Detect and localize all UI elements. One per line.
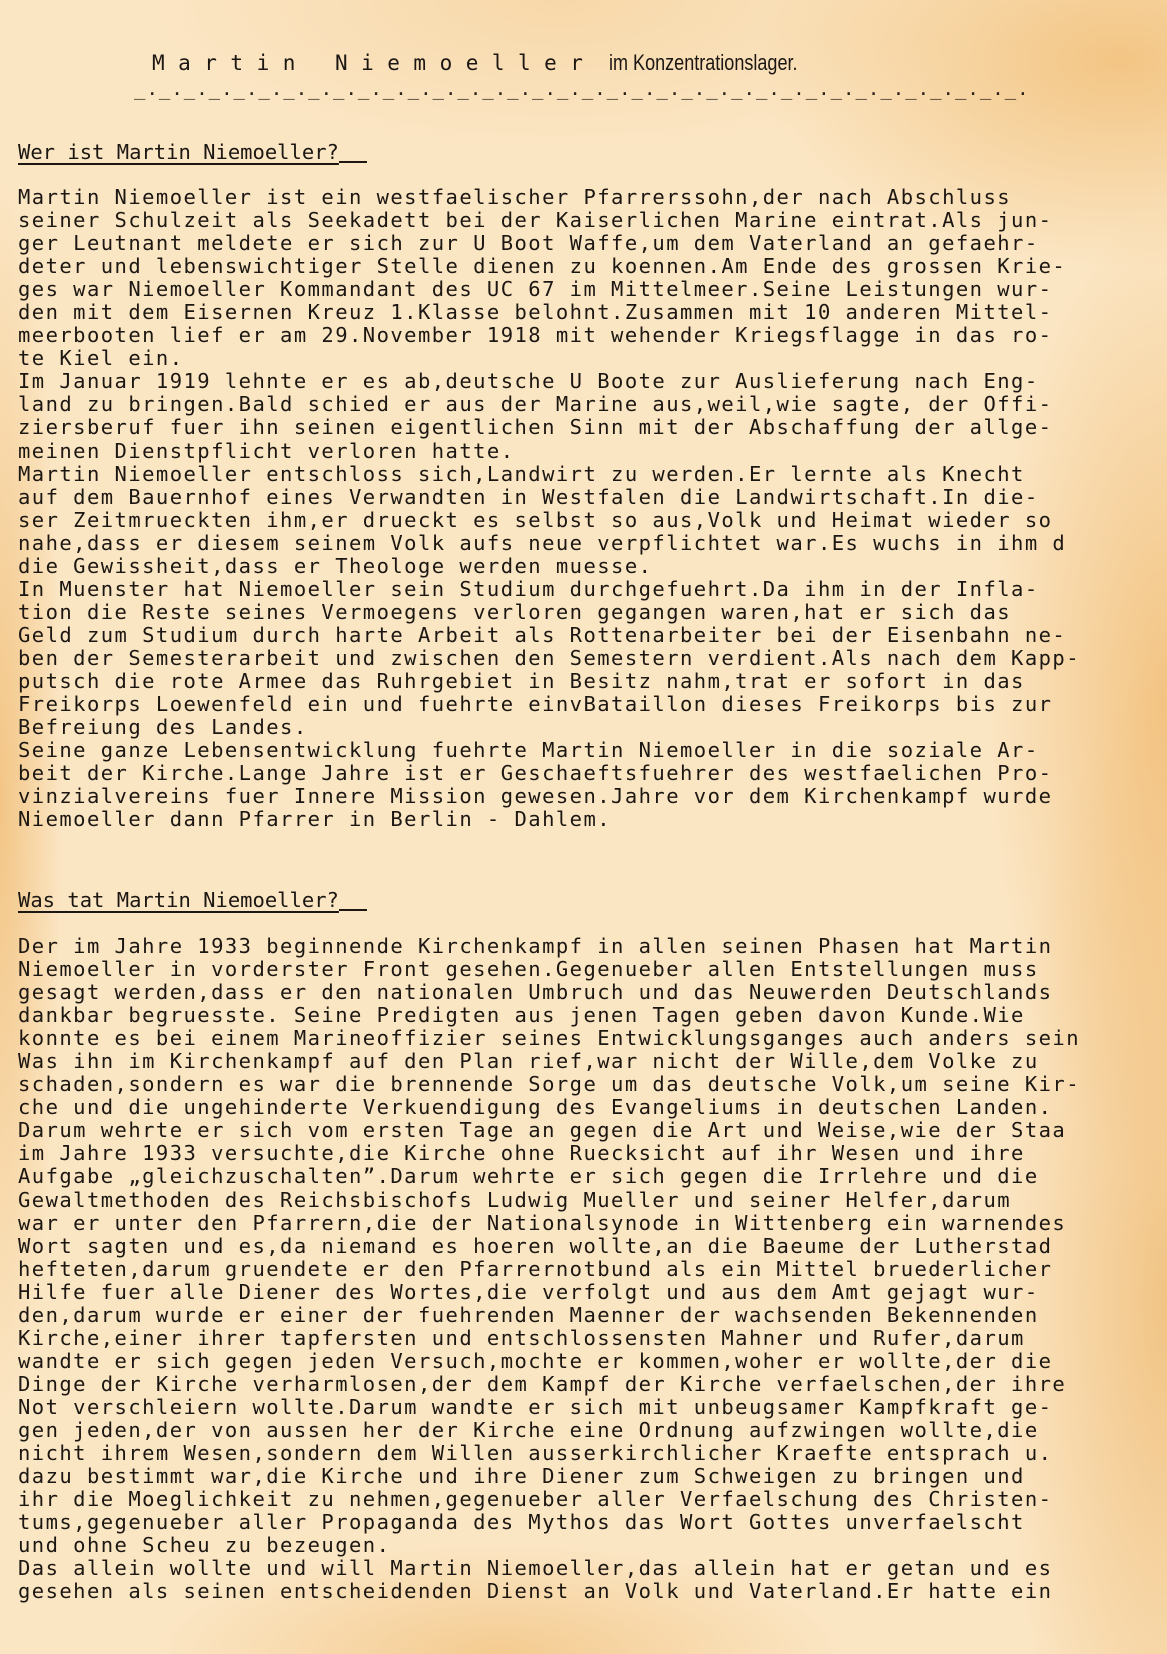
text-line: nicht ihrem Wesen,sondern dem Willen aus… [18,1442,1080,1465]
text-line: putsch die rote Armee das Ruhrgebiet in … [18,670,1080,693]
text-line: Befreiung des Landes. [18,716,1080,739]
text-line: dankbar begruesste. Seine Predigten aus … [18,1004,1080,1027]
text-line: im Jahre 1933 versuchte,die Kirche ohne … [18,1142,1080,1165]
text-line: ges war Niemoeller Kommandant des UC 67 … [18,278,1080,301]
text-line: gen jeden,der von aussen her der Kirche … [18,1419,1080,1442]
text-line: Im Januar 1919 lehnte er es ab,deutsche … [18,370,1080,393]
section-body-was-tat: Der im Jahre 1933 beginnende Kirchenkamp… [18,935,1080,1603]
text-line: ser Zeitmrueckten ihm,er drueckt es selb… [18,509,1080,532]
text-line: Not verschleiern wollte.Darum wandte er … [18,1396,1080,1419]
document-title: Martin Niemoeller im Konzentrationslager… [152,50,839,76]
text-line: che und die ungehinderte Verkuendigung d… [18,1096,1080,1119]
text-line: Seine ganze Lebensentwicklung fuehrte Ma… [18,739,1080,762]
text-line: In Muenster hat Niemoeller sein Studium … [18,578,1080,601]
text-line: deter und lebenswichtiger Stelle dienen … [18,255,1080,278]
text-line: Wort sagten und es,da niemand es hoeren … [18,1235,1080,1258]
title-decorative-rule: _._._._._._._._._._._._._._._._._._._._.… [134,78,1030,100]
text-line: meerbooten lief er am 29.November 1918 m… [18,324,1080,347]
text-line: Niemoeller dann Pfarrer in Berlin - Dahl… [18,808,1080,831]
title-suffix: im Konzentrationslager. [609,50,798,76]
section-heading-was-tat: Was tat Martin Niemoeller? [18,888,367,912]
text-line: konnte es bei einem Marineoffizier seine… [18,1027,1080,1050]
text-line: auf dem Bauernhof eines Verwandten in We… [18,486,1080,509]
text-line: Niemoeller in vorderster Front gesehen.G… [18,958,1080,981]
text-line: hefteten,darum gruendete er den Pfarrern… [18,1258,1080,1281]
text-line: gesehen als seinen entscheidenden Dienst… [18,1580,1080,1603]
text-line: ziersberuf fuer ihn seinen eigentlichen … [18,416,1080,439]
text-line: Der im Jahre 1933 beginnende Kirchenkamp… [18,935,1080,958]
text-line: Dinge der Kirche verharmlosen,der dem Ka… [18,1373,1080,1396]
text-line: Geld zum Studium durch harte Arbeit als … [18,624,1080,647]
text-line: wandte er sich gegen jeden Versuch,mocht… [18,1350,1080,1373]
text-line: Kirche,einer ihrer tapfersten und entsch… [18,1327,1080,1350]
title-name: Martin Niemoeller [152,51,596,75]
text-line: te Kiel ein. [18,347,1080,370]
section-heading-wer-ist: Wer ist Martin Niemoeller? [18,140,367,164]
text-line: die Gewissheit,dass er Theologe werden m… [18,555,1080,578]
text-line: und ohne Scheu zu bezeugen. [18,1534,1080,1557]
text-line: ben der Semesterarbeit und zwischen den … [18,647,1080,670]
text-line: war er unter den Pfarrern,die der Nation… [18,1212,1080,1235]
text-line: dazu bestimmt war,die Kirche und ihre Di… [18,1465,1080,1488]
text-line: Das allein wollte und will Martin Niemoe… [18,1557,1080,1580]
text-line: den,darum wurde er einer der fuehrenden … [18,1304,1080,1327]
text-line: beit der Kirche.Lange Jahre ist er Gesch… [18,762,1080,785]
text-line: land zu bringen.Bald schied er aus der M… [18,393,1080,416]
text-line: ger Leutnant meldete er sich zur U Boot … [18,232,1080,255]
text-line: Darum wehrte er sich vom ersten Tage an … [18,1119,1080,1142]
section-body-wer-ist: Martin Niemoeller ist ein westfaelischer… [18,186,1080,831]
text-line: Martin Niemoeller ist ein westfaelischer… [18,186,1080,209]
text-line: seiner Schulzeit als Seekadett bei der K… [18,209,1080,232]
text-line: vinzialvereins fuer Innere Mission gewes… [18,785,1080,808]
text-line: ihr die Moeglichkeit zu nehmen,gegenuebe… [18,1488,1080,1511]
text-line: gesagt werden,dass er den nationalen Umb… [18,981,1080,1004]
text-line: Was ihn im Kirchenkampf auf den Plan rie… [18,1050,1080,1073]
text-line: Martin Niemoeller entschloss sich,Landwi… [18,463,1080,486]
text-line: den mit dem Eisernen Kreuz 1.Klasse belo… [18,301,1080,324]
text-line: meinen Dienstpflicht verloren hatte. [18,440,1080,463]
text-line: Freikorps Loewenfeld ein und fuehrte ein… [18,693,1080,716]
text-line: Gewaltmethoden des Reichsbischofs Ludwig… [18,1189,1080,1212]
text-line: nahe,dass er diesem seinem Volk aufs neu… [18,532,1080,555]
text-line: tion die Reste seines Vermoegens verlore… [18,601,1080,624]
text-line: Aufgabe „gleichzuschalten”.Darum wehrte … [18,1165,1080,1188]
text-line: schaden,sondern es war die brennende Sor… [18,1073,1080,1096]
text-line: Hilfe fuer alle Diener des Wortes,die ve… [18,1281,1080,1304]
text-line: tums,gegenueber aller Propaganda des Myt… [18,1511,1080,1534]
